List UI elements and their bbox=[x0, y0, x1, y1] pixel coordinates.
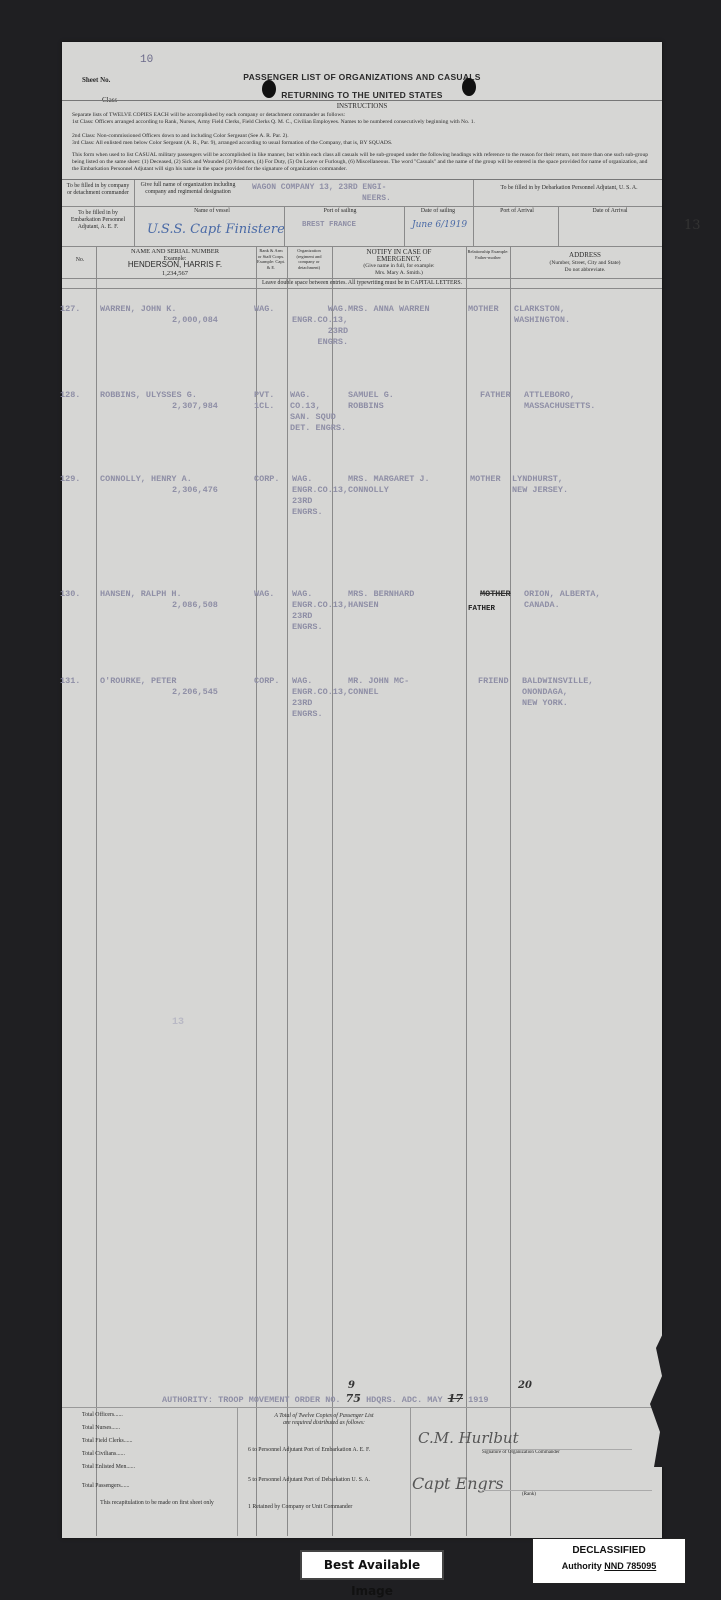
entry-address: BALDWINSVILLE, ONONDAGA, NEW YORK. bbox=[522, 676, 593, 709]
divider bbox=[62, 100, 662, 101]
copies-debarkation: 5 to Personnel Adjutant Port of Debarkat… bbox=[248, 1477, 398, 1483]
authority-mid: HDQRS. ADC. MAY bbox=[366, 1395, 443, 1405]
vessel-label: Name of vessel bbox=[172, 208, 252, 215]
divider bbox=[62, 179, 662, 180]
entry-serial: 2,307,984 bbox=[172, 401, 218, 412]
total-field-clerks: Total Field Clerks...... bbox=[82, 1438, 132, 1444]
authority-value: NND 785095 bbox=[604, 1561, 656, 1571]
instructions-casuals: This form when used to list CASUAL milit… bbox=[72, 152, 652, 173]
entry-relationship: FATHER bbox=[468, 604, 495, 615]
entry-address: LYNDHURST, NEW JERSEY. bbox=[512, 474, 568, 496]
order-year: 1919 bbox=[468, 1395, 488, 1405]
entry-name: ROBBINS, ULYSSES G. bbox=[100, 390, 197, 401]
embarkation-fill-label: To be filled in by Embarkation Personnel… bbox=[66, 210, 130, 231]
total-enlisted-men: Total Enlisted Men...... bbox=[82, 1464, 135, 1470]
entry-number: 131. bbox=[60, 676, 80, 687]
entry-notify: MRS. ANNA WARREN bbox=[348, 304, 430, 315]
col-name-example-name: HENDERSON, HARRIS F. bbox=[100, 262, 250, 269]
entry-notify: MR. JOHN MC- CONNEL bbox=[348, 676, 409, 698]
col-no-header: No. bbox=[66, 257, 94, 264]
organization-label: Give full name of organization including… bbox=[138, 182, 238, 196]
entry-name: WARREN, JOHN K. bbox=[100, 304, 177, 315]
entry-notify: SAMUEL G. ROBBINS bbox=[348, 390, 394, 412]
document-title: PASSENGER LIST OF ORGANIZATIONS AND CASU… bbox=[62, 72, 662, 82]
entry-notify: MRS. BERNHARD HANSEN bbox=[348, 589, 414, 611]
entry-rank: CORP. bbox=[254, 676, 280, 687]
col-notify-example-name: Mrs. Mary A. Smith.) bbox=[334, 270, 464, 277]
vessel-value: U.S.S. Capt Finistere bbox=[147, 222, 285, 237]
col-notify-example: (Give name in full, for example: bbox=[334, 263, 464, 270]
entry-name: CONNOLLY, HENRY A. bbox=[100, 474, 192, 485]
order-day-correction: 20 bbox=[518, 1380, 532, 1391]
date-sailing-value: June 6/1919 bbox=[412, 220, 467, 230]
authority-line: AUTHORITY: TROOP MOVEMENT ORDER NO. 75 9… bbox=[162, 1392, 489, 1405]
order-number: 75 bbox=[346, 1392, 361, 1405]
organization-value-line1: WAGON COMPANY 13, 23RD ENGI- bbox=[252, 182, 386, 193]
order-number-correction: 9 bbox=[348, 1380, 355, 1391]
total-civilians: Total Civilians...... bbox=[82, 1451, 125, 1457]
recap-note: This recapitulation to be made on first … bbox=[82, 1500, 232, 1506]
sheet-number: 10 bbox=[140, 54, 153, 66]
date-arrival-label: Date of Arrival bbox=[562, 208, 658, 215]
entry-relationship: FRIEND bbox=[478, 676, 509, 687]
port-arrival-label: Port of Arrival bbox=[482, 208, 552, 215]
col-rank-header: Rank & Arm or Staff Corps. Example: Capt… bbox=[257, 248, 285, 270]
typing-note: Leave double space between entries. All … bbox=[62, 280, 662, 287]
entry-organization: WAG. CO.13, SAN. SQUD DET. ENGRS. bbox=[290, 390, 346, 434]
punch-hole bbox=[462, 78, 476, 96]
col-address-header: ADDRESS bbox=[512, 252, 658, 259]
document-subtitle: RETURNING TO THE UNITED STATES bbox=[62, 90, 662, 100]
declassified-title: DECLASSIFIED bbox=[533, 1545, 685, 1556]
entry-number: 127. bbox=[60, 304, 80, 315]
entry-organization: WAG. ENGR.CO.13, 23RD ENGRS. bbox=[292, 676, 348, 720]
total-officers: Total Officers...... bbox=[82, 1412, 123, 1418]
best-available-image-label: Best Available Image bbox=[300, 1550, 444, 1580]
company-fill-label: To be filled in by company or detachment… bbox=[66, 183, 130, 197]
entry-relationship: MOTHER bbox=[468, 304, 499, 315]
organization-value-line2: NEERS. bbox=[362, 193, 391, 204]
entry-address: ORION, ALBERTA, CANADA. bbox=[524, 589, 601, 611]
instructions-class2: 2nd Class: Non-commissioned Officers dow… bbox=[72, 133, 652, 140]
margin-mark: 13 bbox=[684, 218, 701, 233]
signature-label: Signature of Organization Commander bbox=[482, 1450, 560, 1455]
entry-address: CLARKSTON, WASHINGTON. bbox=[514, 304, 570, 326]
port-sailing-label: Port of sailing bbox=[290, 208, 390, 215]
entry-notify: MRS. MARGARET J. CONNOLLY bbox=[348, 474, 430, 496]
authority-prefix: AUTHORITY: TROOP MOVEMENT ORDER NO. bbox=[162, 1395, 341, 1405]
faint-mark: 13 bbox=[172, 1017, 184, 1028]
entry-number: 128. bbox=[60, 390, 80, 401]
col-organization-header: Organization (regiment and company or de… bbox=[288, 248, 330, 270]
entry-name: O'ROURKE, PETER bbox=[100, 676, 177, 687]
total-nurses: Total Nurses...... bbox=[82, 1425, 120, 1431]
debarkation-fill-label: To be filled in by Debarkation Personnel… bbox=[480, 185, 658, 192]
entry-name: HANSEN, RALPH H. bbox=[100, 589, 182, 600]
entry-relationship: MOTHER bbox=[470, 474, 501, 485]
punch-hole bbox=[262, 80, 276, 98]
entry-organization: WAG. ENGR.CO.13, 23RD ENGRS. bbox=[292, 589, 348, 633]
col-notify-header-2: EMERGENCY. bbox=[334, 256, 464, 263]
copies-retained: 1 Retained by Company or Unit Commander bbox=[248, 1504, 408, 1510]
total-passengers: Total Passengers...... bbox=[82, 1483, 129, 1489]
entry-rank: PVT. 1CL. bbox=[254, 390, 274, 412]
instructions-title: INSTRUCTIONS bbox=[62, 102, 662, 110]
entry-organization: WAG. ENGR.CO.13, 23RD ENGRS. bbox=[292, 474, 348, 518]
entry-organization: WAG. ENGR.CO.13, 23RD ENGRS. bbox=[292, 304, 348, 348]
entry-number: 130. bbox=[60, 589, 80, 600]
entry-serial: 2,000,084 bbox=[172, 315, 218, 326]
copies-embarkation: 6 to Personnel Adjutant Port of Embarkat… bbox=[248, 1447, 398, 1453]
entry-rank: WAG. bbox=[254, 589, 274, 600]
commander-signature: C.M. Hurlbut bbox=[418, 1429, 519, 1447]
col-relationship-header: Relationship Example: Father-mother bbox=[467, 249, 509, 261]
authority-label: Authority bbox=[562, 1561, 602, 1571]
col-address-instructions: (Number, Street, City and State) bbox=[512, 260, 658, 267]
date-sailing-label: Date of sailing bbox=[408, 208, 468, 215]
declassified-stamp: DECLASSIFIED Authority NND 785095 bbox=[532, 1538, 686, 1584]
entry-rank: WAG. bbox=[254, 304, 274, 315]
order-day: 17 bbox=[448, 1392, 463, 1405]
entry-address: ATTLEBORO, MASSACHUSETTS. bbox=[524, 390, 595, 412]
col-address-note: Do not abbreviate. bbox=[512, 267, 658, 274]
entry-serial: 2,206,545 bbox=[172, 687, 218, 698]
entry-serial: 2,306,476 bbox=[172, 485, 218, 496]
instructions-class1: 1st Class: Officers arranged according t… bbox=[72, 119, 652, 126]
instructions-class3: 3rd Class: All enlisted men below Color … bbox=[72, 140, 652, 147]
col-name-header: NAME AND SERIAL NUMBER bbox=[100, 249, 250, 256]
passenger-list-document: 10 Sheet No. Class PASSENGER LIST OF ORG… bbox=[62, 42, 662, 1538]
entry-relationship: FATHER bbox=[480, 390, 511, 401]
entry-rank: CORP. bbox=[254, 474, 280, 485]
rank-label: (Rank) bbox=[522, 1492, 536, 1497]
entry-serial: 2,086,508 bbox=[172, 600, 218, 611]
copies-subtitle: are required distributed as follows: bbox=[242, 1420, 406, 1426]
entry-number: 129. bbox=[60, 474, 80, 485]
port-sailing-value: BREST FRANCE bbox=[302, 220, 356, 231]
copies-title: A Total of Twelve Copies of Passenger Li… bbox=[242, 1413, 406, 1419]
instructions-intro: Separate lists of TWELVE COPIES EACH wil… bbox=[72, 112, 652, 119]
col-name-example-serial: 1,234,567 bbox=[100, 271, 250, 278]
entry-relationship-struck: MOTHER bbox=[480, 589, 511, 600]
torn-edge bbox=[642, 1327, 682, 1467]
declassified-authority: Authority NND 785095 bbox=[533, 1561, 685, 1571]
